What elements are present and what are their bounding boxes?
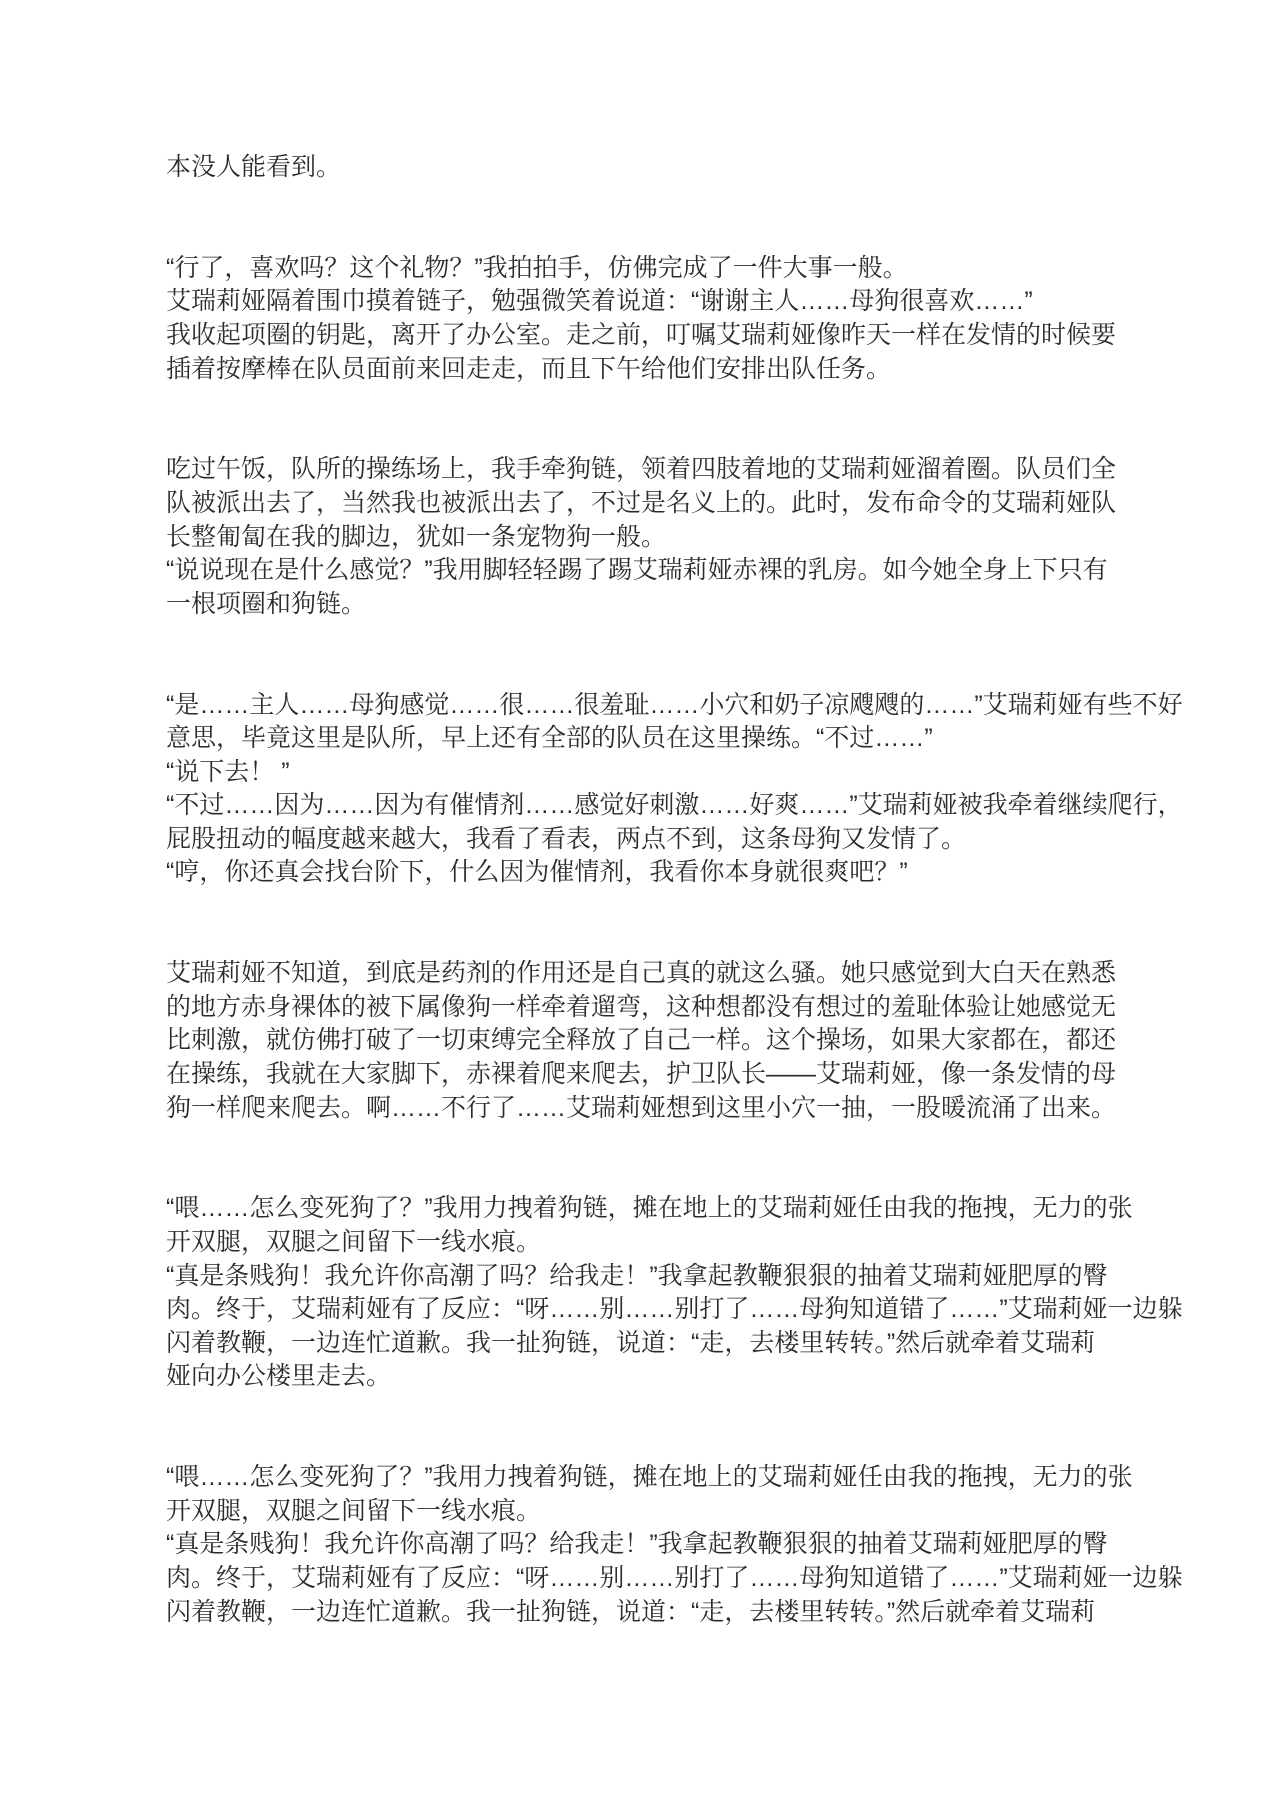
document-page: 本没人能看到。“行了，喜欢吗？这个礼物？”我拍拍手，仿佛完成了一件大事一般。艾瑞…	[0, 0, 1280, 1810]
text-line: 比刺激，就仿佛打破了一切束缚完全释放了自己一样。这个操场，如果大家都在，都还	[166, 1024, 1146, 1058]
text-line: “哼，你还真会找台阶下，什么因为催情剂，我看你本身就很爽吧？”	[166, 856, 1146, 890]
text-line: 闪着教鞭，一边连忙道歉。我一扯狗链，说道：“走，去楼里转转。”然后就牵着艾瑞莉	[166, 1596, 1146, 1630]
text-line: 闪着教鞭，一边连忙道歉。我一扯狗链，说道：“走，去楼里转转。”然后就牵着艾瑞莉	[166, 1327, 1146, 1361]
text-line: 娅向办公楼里走去。	[166, 1360, 1146, 1394]
text-line: “喂……怎么变死狗了？”我用力拽着狗链，摊在地上的艾瑞莉娅任由我的拖拽，无力的张	[166, 1461, 1146, 1495]
text-line: 意思，毕竟这里是队所，早上还有全部的队员在这里操练。“不过……”	[166, 722, 1146, 756]
paragraph: 吃过午饭，队所的操练场上，我手牵狗链，领着四肢着地的艾瑞莉娅溜着圈。队员们全队被…	[166, 453, 1146, 621]
paragraph: 本没人能看到。	[166, 151, 1146, 185]
text-line: “不过……因为……因为有催情剂……感觉好刺激……好爽……”艾瑞莉娅被我牵着继续爬…	[166, 789, 1146, 823]
paragraph: “行了，喜欢吗？这个礼物？”我拍拍手，仿佛完成了一件大事一般。艾瑞莉娅隔着围巾摸…	[166, 252, 1146, 386]
text-content: 本没人能看到。“行了，喜欢吗？这个礼物？”我拍拍手，仿佛完成了一件大事一般。艾瑞…	[166, 151, 1146, 1629]
text-line: “行了，喜欢吗？这个礼物？”我拍拍手，仿佛完成了一件大事一般。	[166, 252, 1146, 286]
text-line: “喂……怎么变死狗了？”我用力拽着狗链，摊在地上的艾瑞莉娅任由我的拖拽，无力的张	[166, 1192, 1146, 1226]
text-line: 一根项圈和狗链。	[166, 588, 1146, 622]
text-line: “是……主人……母狗感觉……很……很羞耻……小穴和奶子凉飕飕的……”艾瑞莉娅有些…	[166, 689, 1146, 723]
text-line: 我收起项圈的钥匙，离开了办公室。走之前，叮嘱艾瑞莉娅像昨天一样在发情的时候要	[166, 319, 1146, 353]
text-line: 肉。终于，艾瑞莉娅有了反应：“呀……别……别打了……母狗知道错了……”艾瑞莉娅一…	[166, 1562, 1146, 1596]
paragraph: “是……主人……母狗感觉……很……很羞耻……小穴和奶子凉飕飕的……”艾瑞莉娅有些…	[166, 689, 1146, 891]
paragraph: 艾瑞莉娅不知道，到底是药剂的作用还是自己真的就这么骚。她只感觉到大白天在熟悉的地…	[166, 957, 1146, 1125]
text-line: 本没人能看到。	[166, 151, 1146, 185]
paragraph: “喂……怎么变死狗了？”我用力拽着狗链，摊在地上的艾瑞莉娅任由我的拖拽，无力的张…	[166, 1192, 1146, 1394]
text-line: “说说现在是什么感觉？”我用脚轻轻踢了踢艾瑞莉娅赤裸的乳房。如今她全身上下只有	[166, 554, 1146, 588]
text-line: 艾瑞莉娅不知道，到底是药剂的作用还是自己真的就这么骚。她只感觉到大白天在熟悉	[166, 957, 1146, 991]
text-line: 的地方赤身裸体的被下属像狗一样牵着遛弯，这种想都没有想过的羞耻体验让她感觉无	[166, 991, 1146, 1025]
text-line: 肉。终于，艾瑞莉娅有了反应：“呀……别……别打了……母狗知道错了……”艾瑞莉娅一…	[166, 1293, 1146, 1327]
text-line: 吃过午饭，队所的操练场上，我手牵狗链，领着四肢着地的艾瑞莉娅溜着圈。队员们全	[166, 453, 1146, 487]
paragraph: “喂……怎么变死狗了？”我用力拽着狗链，摊在地上的艾瑞莉娅任由我的拖拽，无力的张…	[166, 1461, 1146, 1629]
text-line: 长整匍匐在我的脚边，犹如一条宠物狗一般。	[166, 521, 1146, 555]
text-line: 在操练，我就在大家脚下，赤裸着爬来爬去，护卫队长——艾瑞莉娅，像一条发情的母	[166, 1058, 1146, 1092]
text-line: “真是条贱狗！我允许你高潮了吗？给我走！”我拿起教鞭狠狠的抽着艾瑞莉娅肥厚的臀	[166, 1528, 1146, 1562]
text-line: 开双腿，双腿之间留下一线水痕。	[166, 1226, 1146, 1260]
text-line: 开双腿，双腿之间留下一线水痕。	[166, 1495, 1146, 1529]
text-line: “说下去！ ”	[166, 756, 1146, 790]
text-line: “真是条贱狗！我允许你高潮了吗？给我走！”我拿起教鞭狠狠的抽着艾瑞莉娅肥厚的臀	[166, 1260, 1146, 1294]
text-line: 队被派出去了，当然我也被派出去了，不过是名义上的。此时，发布命令的艾瑞莉娅队	[166, 487, 1146, 521]
text-line: 艾瑞莉娅隔着围巾摸着链子，勉强微笑着说道：“谢谢主人……母狗很喜欢……”	[166, 285, 1146, 319]
text-line: 狗一样爬来爬去。啊……不行了……艾瑞莉娅想到这里小穴一抽，一股暖流涌了出来。	[166, 1092, 1146, 1126]
text-line: 插着按摩棒在队员面前来回走走，而且下午给他们安排出队任务。	[166, 353, 1146, 387]
text-line: 屁股扭动的幅度越来越大，我看了看表，两点不到，这条母狗又发情了。	[166, 823, 1146, 857]
